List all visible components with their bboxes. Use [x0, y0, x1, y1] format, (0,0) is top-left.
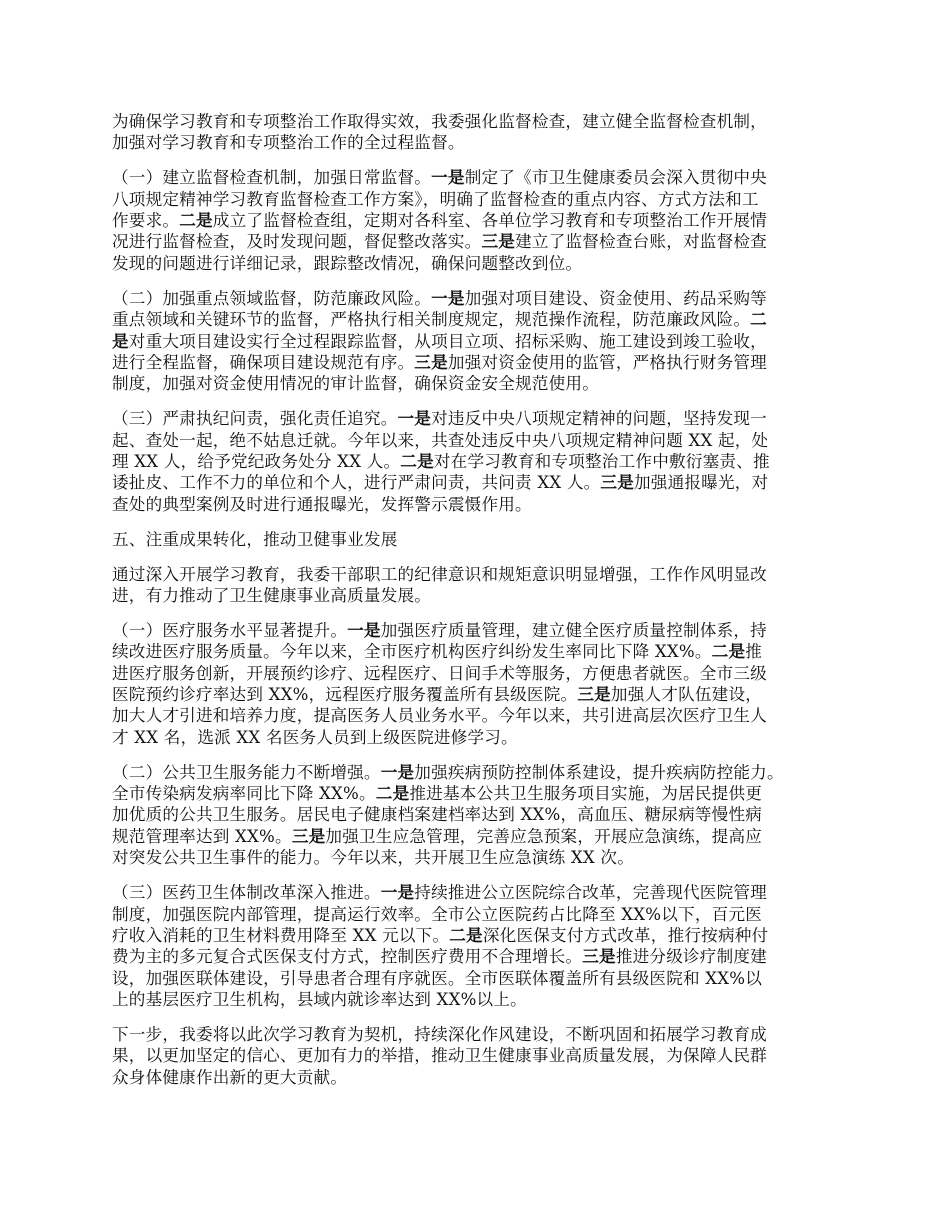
text-segment: 疗收入消耗的卫生材料费用降至 XX 元以下。 [112, 926, 449, 945]
text-segment: 查处的典型案例及时进行通报曝光，发挥警示震慑作用。 [112, 495, 532, 514]
text-segment: 为确保学习教育和专项整治工作取得实效，我委强化监督检查，建立健全监督检查机制， [112, 112, 767, 131]
text-segment: 成立了监督检查组，定期对各科室、各单位学习教育和专项整治工作开展情 [213, 211, 767, 230]
text-line: 对突发公共卫生事件的能力。今年以来，共开展卫生应急演练 XX 次。 [112, 847, 852, 868]
paragraph-intro: 为确保学习教育和专项整治工作取得实效，我委强化监督检查，建立健全监督检查机制，加… [112, 111, 852, 154]
text-segment: 深化医保支付方式改革，推行按病种付 [483, 926, 769, 945]
text-segment: 加大人才引进和培养力度，提高医务人员业务水平。今年以来，共引进高层次医疗卫生人 [112, 706, 767, 725]
bold-ordinal: 是 [112, 331, 129, 351]
paragraph-res-1: （一）医疗服务水平显著提升。一是加强医疗质量管理，建立健全医疗质量控制体系，持续… [112, 620, 852, 748]
text-segment: 加强对项目建设、资金使用、药品采购等 [465, 289, 767, 308]
text-segment: 制度，加强医院内部管理，提高运行效率。全市公立医院药占比降至 XX%以下，百元医 [112, 905, 762, 924]
text-line: 全市传染病发病率同比下降 XX%。二是推进基本公共卫生服务项目实施，为居民提供更 [112, 783, 852, 804]
text-segment: 建立了监督检查台账，对监督检查 [515, 232, 767, 251]
text-line: 加大人才引进和培养力度，提高医务人员业务水平。今年以来，共引进高层次医疗卫生人 [112, 705, 852, 726]
text-line: 加优质的公共卫生服务。居民电子健康档案建档率达到 XX%，高血压、糖尿病等慢性病 [112, 804, 852, 825]
text-line: （二）公共卫生服务能力不断增强。一是加强疾病预防控制体系建设，提升疾病防控能力。 [112, 762, 852, 783]
text-segment: 对突发公共卫生事件的能力。今年以来，共开展卫生应急演练 XX 次。 [112, 848, 634, 867]
text-segment: 果，以更加坚定的信心、更加有力的举措，推动卫生健康事业高质量发展，为保障人民群 [112, 1046, 767, 1065]
bold-ordinal: 一是 [431, 288, 465, 308]
bold-ordinal: 三是 [292, 826, 326, 846]
document-page: 为确保学习教育和专项整治工作取得实效，我委强化监督检查，建立健全监督检查机制，加… [112, 111, 852, 1102]
text-segment: 医院预约诊疗率达到 XX%，远程医疗服务覆盖所有县级医院。 [112, 685, 577, 704]
text-segment: 加优质的公共卫生服务。居民电子健康档案建档率达到 XX%，高血压、糖尿病等慢性病 [112, 805, 762, 824]
text-line: 重点领域和关键环节的监督，严格执行相关制度规定，规范操作流程，防范廉政风险。二 [112, 309, 852, 330]
bold-ordinal: 三是 [481, 231, 515, 251]
text-segment: 持续推进公立医院综合改革，完善现代医院管理 [414, 883, 767, 902]
text-segment: （三）严肃执纪问责，强化责任追究。 [112, 409, 398, 428]
bold-ordinal: 一是 [381, 882, 415, 902]
bold-ordinal: 一是 [347, 620, 381, 640]
text-segment: 诿扯皮、工作不力的单位和个人，进行严肃问责，共问责 XX 人。 [112, 473, 600, 492]
text-line: 规范管理率达到 XX%。三是加强卫生应急管理，完善应急预案，开展应急演练，提高应 [112, 826, 852, 847]
text-line: 五、注重成果转化，推动卫健事业发展 [112, 529, 852, 550]
text-line: 况进行监督检查，及时发现问题，督促整改落实。三是建立了监督检查台账，对监督检查 [112, 231, 852, 252]
bold-ordinal: 一是 [381, 762, 415, 782]
text-line: （三）医药卫生体制改革深入推进。一是持续推进公立医院综合改革，完善现代医院管理 [112, 882, 852, 903]
bold-ordinal: 二是 [179, 210, 213, 230]
text-segment: 全市传染病发病率同比下降 XX%。 [112, 784, 376, 803]
text-segment: 通过深入开展学习教育，我委干部职工的纪律意识和规矩意识明显增强，工作作风明显改 [112, 565, 767, 584]
bold-ordinal: 一是 [431, 167, 465, 187]
text-line: 进医疗服务创新，开展预约诊疗、远程医疗、日间手术等服务，方便患者就医。全市三级 [112, 663, 852, 684]
paragraph-sup-2: （二）加强重点领域监督，防范廉政风险。一是加强对项目建设、资金使用、药品采购等重… [112, 288, 852, 395]
text-line: 发现的问题进行详细记录，跟踪整改情况，确保问题整改到位。 [112, 253, 852, 274]
text-line: 是对重大项目建设实行全过程跟踪监督，从项目立项、招标采购、施工建设到竣工验收， [112, 331, 852, 352]
text-segment: 上的基层医疗卫生机构，县域内就诊率达到 XX%以上。 [112, 990, 527, 1009]
text-line: 作要求。二是成立了监督检查组，定期对各科室、各单位学习教育和专项整治工作开展情 [112, 210, 852, 231]
text-segment: 费为主的多元复合式医保支付方式，控制医疗费用不合理增长。 [112, 947, 582, 966]
text-line: 疗收入消耗的卫生材料费用降至 XX 元以下。二是深化医保支付方式改革，推行按病种… [112, 925, 852, 946]
text-segment: 制度，加强对资金使用情况的审计监督，确保资金安全规范使用。 [112, 374, 599, 393]
text-segment: 五、注重成果转化，推动卫健事业发展 [112, 530, 398, 549]
paragraph-sup-3: （三）严肃执纪问责，强化责任追究。一是对违反中央八项规定精神的问题，坚持发现一起… [112, 408, 852, 515]
text-segment: 续改进医疗服务质量。今年以来，全市医疗机构医疗纠纷发生率同比下降 XX%。 [112, 642, 712, 661]
text-line: 理 XX 人，给予党纪政务处分 XX 人。二是对在学习教育和专项整治工作中敷衍塞… [112, 451, 852, 472]
text-segment: 加强卫生应急管理，完善应急预案，开展应急演练，提高应 [325, 827, 762, 846]
text-segment: 进行全程监督，确保项目建设规范有序。 [112, 353, 414, 372]
text-segment: 众身体健康作出新的更大贡献。 [112, 1068, 347, 1087]
text-line: 设，加强医联体建设，引导患者合理有序就医。全市医联体覆盖所有县级医院和 XX%以 [112, 968, 852, 989]
text-segment: （二）公共卫生服务能力不断增强。 [112, 763, 381, 782]
text-line: 加强对学习教育和专项整治工作的全过程监督。 [112, 132, 852, 153]
text-line: 八项规定精神学习教育监督检查工作方案》，明确了监督检查的重点内容、方式方法和工 [112, 189, 852, 210]
text-segment: 推进基本公共卫生服务项目实施，为居民提供更 [409, 784, 762, 803]
text-segment: 加强对学习教育和专项整治工作的全过程监督。 [112, 133, 465, 152]
text-segment: 设，加强医联体建设，引导患者合理有序就医。全市医联体覆盖所有县级医院和 XX%以 [112, 969, 762, 988]
text-segment: （二）加强重点领域监督，防范廉政风险。 [112, 289, 431, 308]
text-line: 下一步，我委将以此次学习教育为契机，持续深化作风建设，不断巩固和拓展学习教育成 [112, 1024, 852, 1045]
text-segment: 进，有力推动了卫生健康事业高质量发展。 [112, 586, 431, 605]
text-line: 众身体健康作出新的更大贡献。 [112, 1067, 852, 1088]
text-line: 诿扯皮、工作不力的单位和个人，进行严肃问责，共问责 XX 人。三是加强通报曝光，… [112, 472, 852, 493]
text-segment: 下一步，我委将以此次学习教育为契机，持续深化作风建设，不断巩固和拓展学习教育成 [112, 1025, 767, 1044]
text-segment: 重点领域和关键环节的监督，严格执行相关制度规定，规范操作流程，防范廉政风险。 [112, 310, 750, 329]
text-segment: 对违反中央八项规定精神的问题，坚持发现一 [431, 409, 767, 428]
paragraph-section-5-heading: 五、注重成果转化，推动卫健事业发展 [112, 529, 852, 550]
text-segment: 加强对资金使用的监管，严格执行财务管理 [448, 353, 767, 372]
text-line: 上的基层医疗卫生机构，县域内就诊率达到 XX%以上。 [112, 989, 852, 1010]
text-line: 查处的典型案例及时进行通报曝光，发挥警示震慑作用。 [112, 494, 852, 515]
bold-ordinal: 三是 [414, 352, 448, 372]
text-segment: 推进分级诊疗制度建 [616, 947, 767, 966]
paragraph-section-5-intro: 通过深入开展学习教育，我委干部职工的纪律意识和规矩意识明显增强，工作作风明显改进… [112, 564, 852, 607]
text-line: 费为主的多元复合式医保支付方式，控制医疗费用不合理增长。三是推进分级诊疗制度建 [112, 946, 852, 967]
bold-ordinal: 二是 [449, 925, 483, 945]
text-segment: （三）医药卫生体制改革深入推进。 [112, 883, 381, 902]
text-line: （一）建立监督检查机制，加强日常监督。一是制定了《市卫生健康委员会深入贯彻中央 [112, 167, 852, 188]
text-segment: （一）医疗服务水平显著提升。 [112, 621, 347, 640]
text-segment: 起、查处一起，绝不姑息迁就。今年以来，共查处违反中央八项规定精神问题 XX 起，… [112, 431, 768, 450]
text-segment: 推 [745, 642, 762, 661]
text-line: （二）加强重点领域监督，防范廉政风险。一是加强对项目建设、资金使用、药品采购等 [112, 288, 852, 309]
bold-ordinal: 一是 [398, 408, 432, 428]
text-segment: 理 XX 人，给予党纪政务处分 XX 人。 [112, 452, 400, 471]
text-line: 续改进医疗服务质量。今年以来，全市医疗机构医疗纠纷发生率同比下降 XX%。二是推 [112, 641, 852, 662]
text-segment: 加强医疗质量管理，建立健全医疗质量控制体系，持 [381, 621, 767, 640]
paragraph-next-step: 下一步，我委将以此次学习教育为契机，持续深化作风建设，不断巩固和拓展学习教育成果… [112, 1024, 852, 1088]
text-line: 通过深入开展学习教育，我委干部职工的纪律意识和规矩意识明显增强，工作作风明显改 [112, 564, 852, 585]
text-line: 起、查处一起，绝不姑息迁就。今年以来，共查处违反中央八项规定精神问题 XX 起，… [112, 430, 852, 451]
bold-ordinal: 二是 [376, 783, 410, 803]
text-line: 才 XX 名，选派 XX 名医务人员到上级医院进修学习。 [112, 727, 852, 748]
text-segment: （一）建立监督检查机制，加强日常监督。 [112, 168, 431, 187]
text-segment: 加强疾病预防控制体系建设，提升疾病防控能力。 [414, 763, 783, 782]
text-segment: 发现的问题进行详细记录，跟踪整改情况，确保问题整改到位。 [112, 254, 582, 273]
text-line: （一）医疗服务水平显著提升。一是加强医疗质量管理，建立健全医疗质量控制体系，持 [112, 620, 852, 641]
bold-ordinal: 三是 [582, 946, 616, 966]
text-line: 进，有力推动了卫生健康事业高质量发展。 [112, 585, 852, 606]
text-segment: 规范管理率达到 XX%。 [112, 827, 292, 846]
text-segment: 才 XX 名，选派 XX 名医务人员到上级医院进修学习。 [112, 728, 518, 747]
text-line: 为确保学习教育和专项整治工作取得实效，我委强化监督检查，建立健全监督检查机制， [112, 111, 852, 132]
text-segment: 况进行监督检查，及时发现问题，督促整改落实。 [112, 232, 481, 251]
text-line: 制度，加强对资金使用情况的审计监督，确保资金安全规范使用。 [112, 373, 852, 394]
text-segment: 对重大项目建设实行全过程跟踪监督，从项目立项、招标采购、施工建设到竣工验收， [129, 332, 767, 351]
text-line: 果，以更加坚定的信心、更加有力的举措，推动卫生健康事业高质量发展，为保障人民群 [112, 1045, 852, 1066]
text-line: 制度，加强医院内部管理，提高运行效率。全市公立医院药占比降至 XX%以下，百元医 [112, 904, 852, 925]
text-segment: 加强人才队伍建设， [611, 685, 762, 704]
text-line: 进行全程监督，确保项目建设规范有序。三是加强对资金使用的监管，严格执行财务管理 [112, 352, 852, 373]
text-segment: 对在学习教育和专项整治工作中敷衍塞责、推 [434, 452, 770, 471]
text-segment: 八项规定精神学习教育监督检查工作方案》，明确了监督检查的重点内容、方式方法和工 [112, 190, 759, 209]
text-line: 医院预约诊疗率达到 XX%，远程医疗服务覆盖所有县级医院。三是加强人才队伍建设， [112, 684, 852, 705]
bold-ordinal: 三是 [577, 684, 611, 704]
text-segment: 进医疗服务创新，开展预约诊疗、远程医疗、日间手术等服务，方便患者就医。全市三级 [112, 664, 767, 683]
text-line: （三）严肃执纪问责，强化责任追究。一是对违反中央八项规定精神的问题，坚持发现一 [112, 408, 852, 429]
paragraph-res-3: （三）医药卫生体制改革深入推进。一是持续推进公立医院综合改革，完善现代医院管理制… [112, 882, 852, 1010]
text-segment: 作要求。 [112, 211, 179, 230]
bold-ordinal: 三是 [600, 472, 634, 492]
paragraph-sup-1: （一）建立监督检查机制，加强日常监督。一是制定了《市卫生健康委员会深入贯彻中央八… [112, 167, 852, 274]
bold-ordinal: 二是 [400, 451, 434, 471]
bold-ordinal: 二 [750, 309, 767, 329]
paragraph-res-2: （二）公共卫生服务能力不断增强。一是加强疾病预防控制体系建设，提升疾病防控能力。… [112, 762, 852, 869]
text-segment: 加强通报曝光，对 [634, 473, 768, 492]
text-segment: 制定了《市卫生健康委员会深入贯彻中央 [465, 168, 767, 187]
bold-ordinal: 二是 [712, 641, 746, 661]
